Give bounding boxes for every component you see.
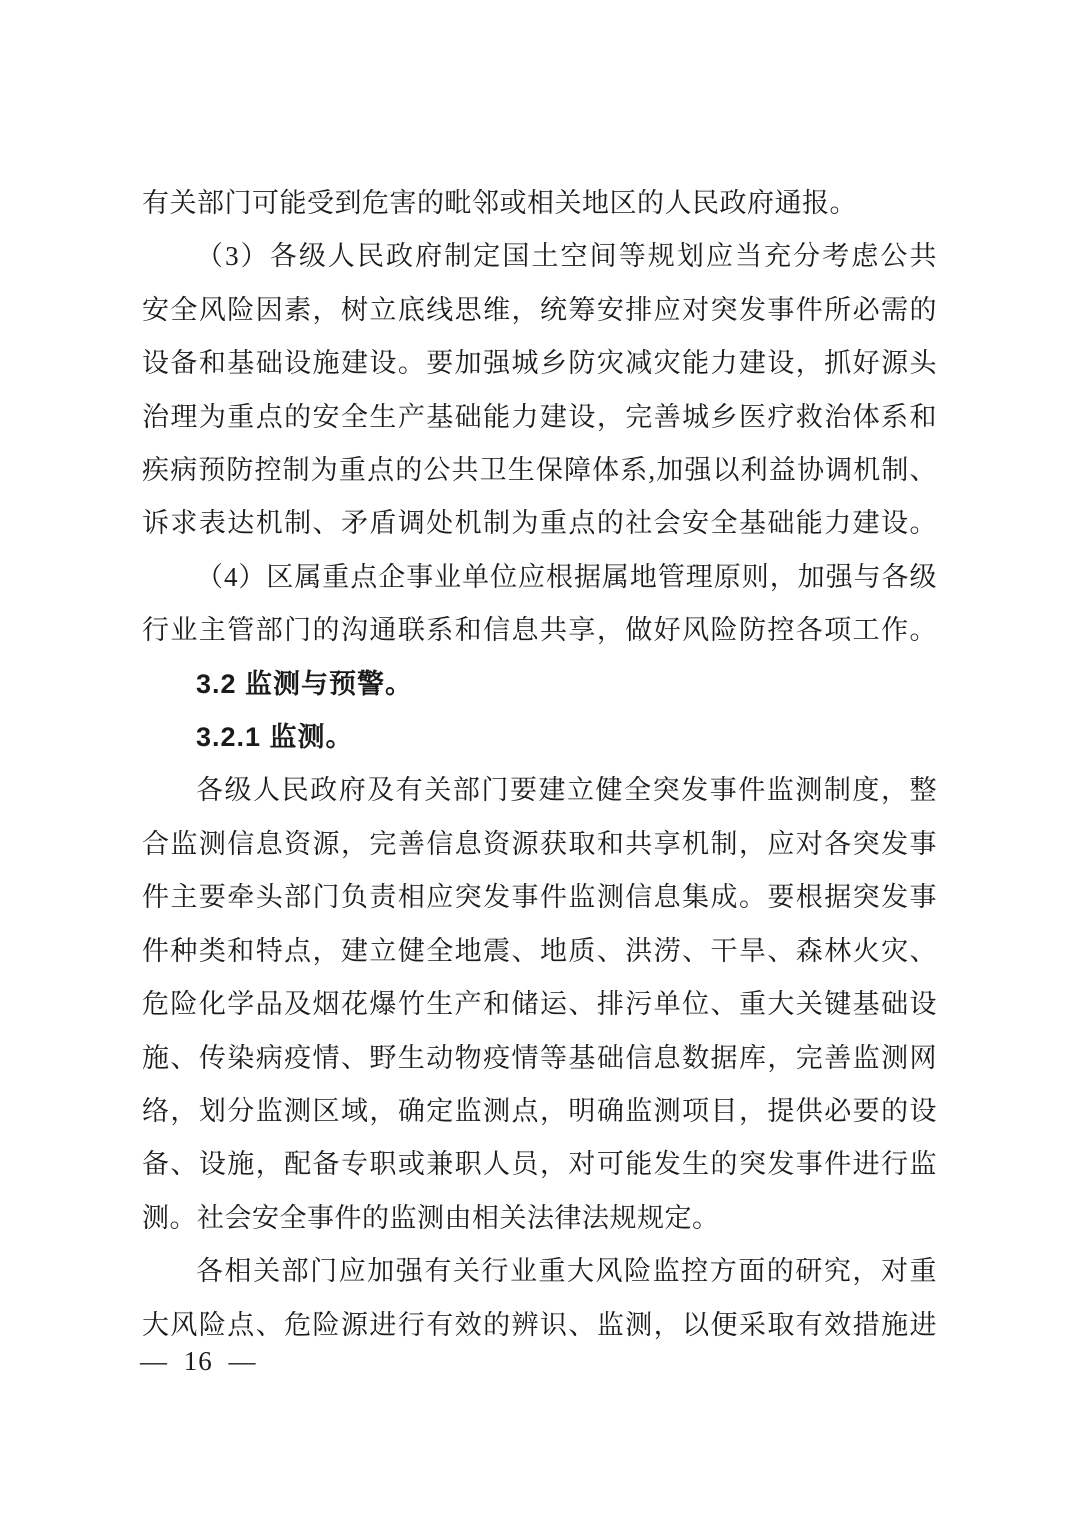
text-line: 件主要牵头部门负责相应突发事件监测信息集成。要根据突发事 [142,871,937,924]
document-body: 有关部门可能受到危害的毗邻或相关地区的人民政府通报。 （3）各级人民政府制定国土… [142,177,937,1352]
text-line: 疾病预防控制为重点的公共卫生保障体系,加强以利益协调机制、 [142,444,937,497]
text-line: 各级人民政府及有关部门要建立健全突发事件监测制度，整 [142,764,937,817]
page-number: — 16 — [140,1346,257,1377]
text-line: 诉求表达机制、矛盾调处机制为重点的社会安全基础能力建设。 [142,497,937,550]
text-line: 行业主管部门的沟通联系和信息共享，做好风险防控各项工作。 [142,604,937,657]
text-line: （3）各级人民政府制定国土空间等规划应当充分考虑公共 [142,230,937,283]
text-line: 测。社会安全事件的监测由相关法律法规规定。 [142,1192,937,1245]
text-line: 安全风险因素，树立底线思维，统筹安排应对突发事件所必需的 [142,284,937,337]
section-heading: 3.2 监测与预警。 [142,658,937,711]
text-line: 大风险点、危险源进行有效的辨识、监测，以便采取有效措施进 [142,1299,937,1352]
text-line: 件种类和特点，建立健全地震、地质、洪涝、干旱、森林火灾、 [142,925,937,978]
text-line: 各相关部门应加强有关行业重大风险监控方面的研究，对重 [142,1245,937,1298]
text-line: 合监测信息资源，完善信息资源获取和共享机制，应对各突发事 [142,818,937,871]
document-page: 有关部门可能受到危害的毗邻或相关地区的人民政府通报。 （3）各级人民政府制定国土… [0,0,1074,1520]
text-line: 有关部门可能受到危害的毗邻或相关地区的人民政府通报。 [142,177,937,230]
text-line: 治理为重点的安全生产基础能力建设，完善城乡医疗救治体系和 [142,391,937,444]
text-line: 危险化学品及烟花爆竹生产和储运、排污单位、重大关键基础设 [142,978,937,1031]
section-heading: 3.2.1 监测。 [142,711,937,764]
text-line: 络，划分监测区域，确定监测点，明确监测项目，提供必要的设 [142,1085,937,1138]
text-line: （4）区属重点企事业单位应根据属地管理原则，加强与各级 [142,551,937,604]
text-line: 设备和基础设施建设。要加强城乡防灾减灾能力建设，抓好源头 [142,337,937,390]
text-line: 施、传染病疫情、野生动物疫情等基础信息数据库，完善监测网 [142,1032,937,1085]
text-line: 备、设施，配备专职或兼职人员，对可能发生的突发事件进行监 [142,1138,937,1191]
